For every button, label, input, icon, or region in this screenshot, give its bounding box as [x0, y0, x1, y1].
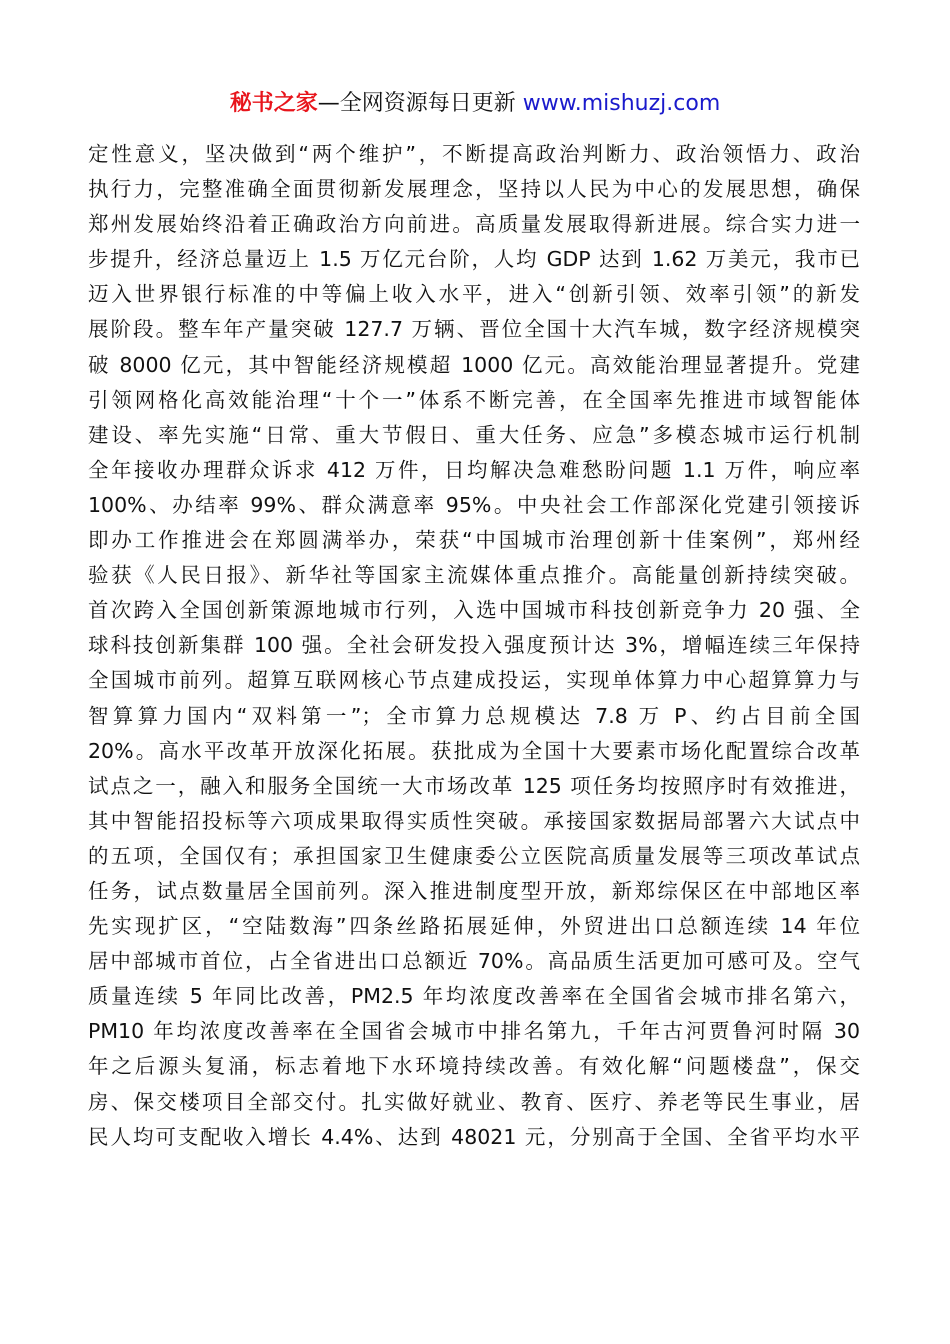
text-line: 100%、办结率 99%、群众满意率 95%。中央社会工作部深化党建引领接诉 — [88, 488, 860, 523]
site-url-link[interactable]: www.mishuzj.com — [523, 91, 720, 116]
text-line: 年之后源头复涌，标志着地下水环境持续改善。有效化解“问题楼盘”，保交 — [88, 1049, 860, 1084]
text-line: 球科技创新集群 100 强。全社会研发投入强度预计达 3%，增幅连续三年保持 — [88, 628, 860, 663]
text-line: 先实现扩区，“空陆数海”四条丝路拓展延伸，外贸进出口总额连续 14 年位 — [88, 909, 860, 944]
text-line: 房、保交楼项目全部交付。扎实做好就业、教育、医疗、养老等民生事业，居 — [88, 1085, 860, 1120]
text-line: 全国城市前列。超算互联网核心节点建成投运，实现单体算力中心超算算力与 — [88, 663, 860, 698]
text-line: 任务，试点数量居全国前列。深入推进制度型开放，新郑综保区在中部地区率 — [88, 874, 860, 909]
site-header: 秘书之家—全网资源每日更新 www.mishuzj.com — [0, 88, 950, 120]
text-line: 其中智能招投标等六项成果取得实质性突破。承接国家数据局部署六大试点中 — [88, 804, 860, 839]
text-line: 居中部城市首位，占全省进出口总额近 70%。高品质生活更加可感可及。空气 — [88, 944, 860, 979]
text-line: 展阶段。整车年产量突破 127.7 万辆、晋位全国十大汽车城，数字经济规模突 — [88, 312, 860, 347]
text-line: 试点之一，融入和服务全国统一大市场改革 125 项任务均按照序时有效推进， — [88, 769, 860, 804]
text-line: 定性意义，坚决做到“两个维护”，不断提高政治判断力、政治领悟力、政治 — [88, 137, 860, 172]
text-line: 20%。高水平改革开放深化拓展。获批成为全国十大要素市场化配置综合改革 — [88, 734, 860, 769]
text-line: 的五项，全国仅有；承担国家卫生健康委公立医院高质量发展等三项改革试点 — [88, 839, 860, 874]
text-line: 验获《人民日报》、新华社等国家主流媒体重点推介。高能量创新持续突破。 — [88, 558, 860, 593]
text-line: 郑州发展始终沿着正确政治方向前进。高质量发展取得新进展。综合实力进一 — [88, 207, 860, 242]
header-tagline: —全网资源每日更新 — [318, 91, 523, 116]
text-line: 民人均可支配收入增长 4.4%、达到 48021 元，分别高于全国、全省平均水平 — [88, 1120, 860, 1155]
text-line: 引领网格化高效能治理“十个一”体系不断完善，在全国率先推进市域智能体 — [88, 383, 860, 418]
text-line: 质量连续 5 年同比改善，PM2.5 年均浓度改善率在全国省会城市排名第六， — [88, 979, 860, 1014]
text-line: 破 8000 亿元，其中智能经济规模超 1000 亿元。高效能治理显著提升。党建 — [88, 348, 860, 383]
text-line: 建设、率先实施“日常、重大节假日、重大任务、应急”多模态城市运行机制 — [88, 418, 860, 453]
text-line: 执行力，完整准确全面贯彻新发展理念，坚持以人民为中心的发展思想，确保 — [88, 172, 860, 207]
text-line: 首次跨入全国创新策源地城市行列，入选中国城市科技创新竞争力 20 强、全 — [88, 593, 860, 628]
text-line: 即办工作推进会在郑圆满举办，荣获“中国城市治理创新十佳案例”，郑州经 — [88, 523, 860, 558]
text-line: 全年接收办理群众诉求 412 万件，日均解决急难愁盼问题 1.1 万件，响应率 — [88, 453, 860, 488]
text-line: 迈入世界银行标准的中等偏上收入水平，进入“创新引领、效率引领”的新发 — [88, 277, 860, 312]
document-body: 定性意义，坚决做到“两个维护”，不断提高政治判断力、政治领悟力、政治 执行力，完… — [88, 137, 868, 1155]
text-line: 智算算力国内“双料第一”；全市算力总规模达 7.8 万 P、约占目前全国 — [88, 699, 860, 734]
text-line: 步提升，经济总量迈上 1.5 万亿元台阶，人均 GDP 达到 1.62 万美元，… — [88, 242, 860, 277]
text-line: PM10 年均浓度改善率在全国省会城市中排名第九，千年古河贾鲁河时隔 30 — [88, 1014, 860, 1049]
brand-name: 秘书之家 — [230, 91, 318, 116]
